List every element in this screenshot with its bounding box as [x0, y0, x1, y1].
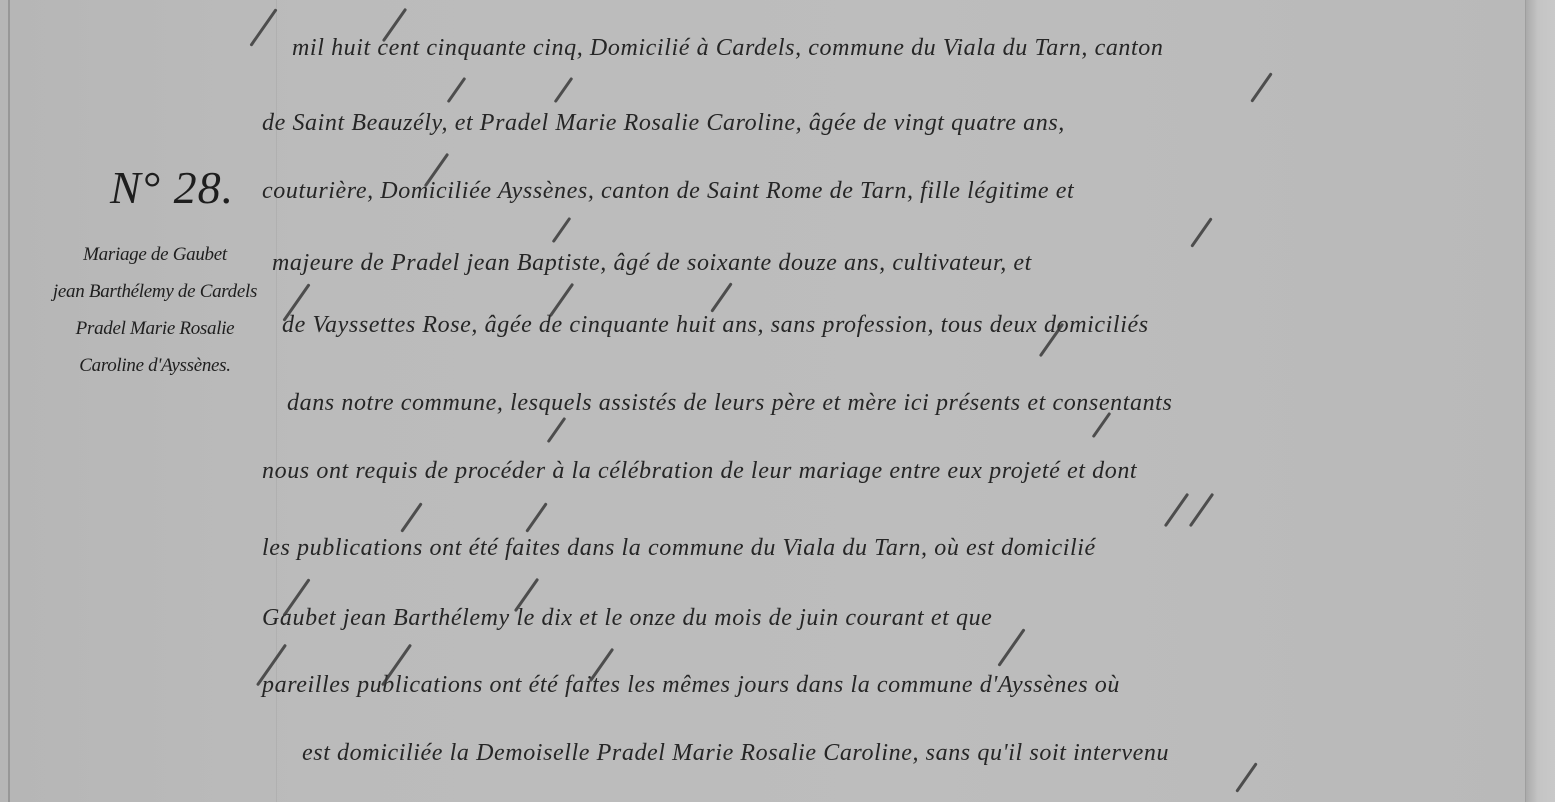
body-line: de Vayssettes Rose, âgée de cinquante hu… — [282, 312, 1149, 339]
margin-note-line: Pradel Marie Rosalie — [30, 310, 280, 347]
binding-line — [8, 0, 10, 802]
margin-note-line: Caroline d'Ayssènes. — [30, 347, 280, 384]
margin-note: N° 28. Mariage de Gaubet jean Barthélemy… — [30, 160, 280, 384]
body-line: dans notre commune, lesquels assistés de… — [287, 390, 1172, 417]
margin-note-line: Mariage de Gaubet — [30, 236, 280, 273]
body-line: Gaubet jean Barthélemy le dix et le onze… — [262, 605, 992, 632]
body-line: nous ont requis de procéder à la célébra… — [262, 458, 1137, 485]
act-number: N° 28. — [70, 160, 280, 216]
body-line: mil huit cent cinquante cinq, Domicilié … — [292, 35, 1163, 62]
margin-note-line: jean Barthélemy de Cardels — [30, 273, 280, 310]
body-line: pareilles publications ont été faites le… — [262, 672, 1120, 699]
page-edge — [1525, 0, 1555, 802]
body-line: est domiciliée la Demoiselle Pradel Mari… — [302, 740, 1169, 767]
body-line: couturière, Domiciliée Ayssènes, canton … — [262, 178, 1074, 205]
body-line: les publications ont été faites dans la … — [262, 535, 1096, 562]
body-line: de Saint Beauzély, et Pradel Marie Rosal… — [262, 110, 1065, 137]
body-line: majeure de Pradel jean Baptiste, âgé de … — [272, 250, 1032, 277]
